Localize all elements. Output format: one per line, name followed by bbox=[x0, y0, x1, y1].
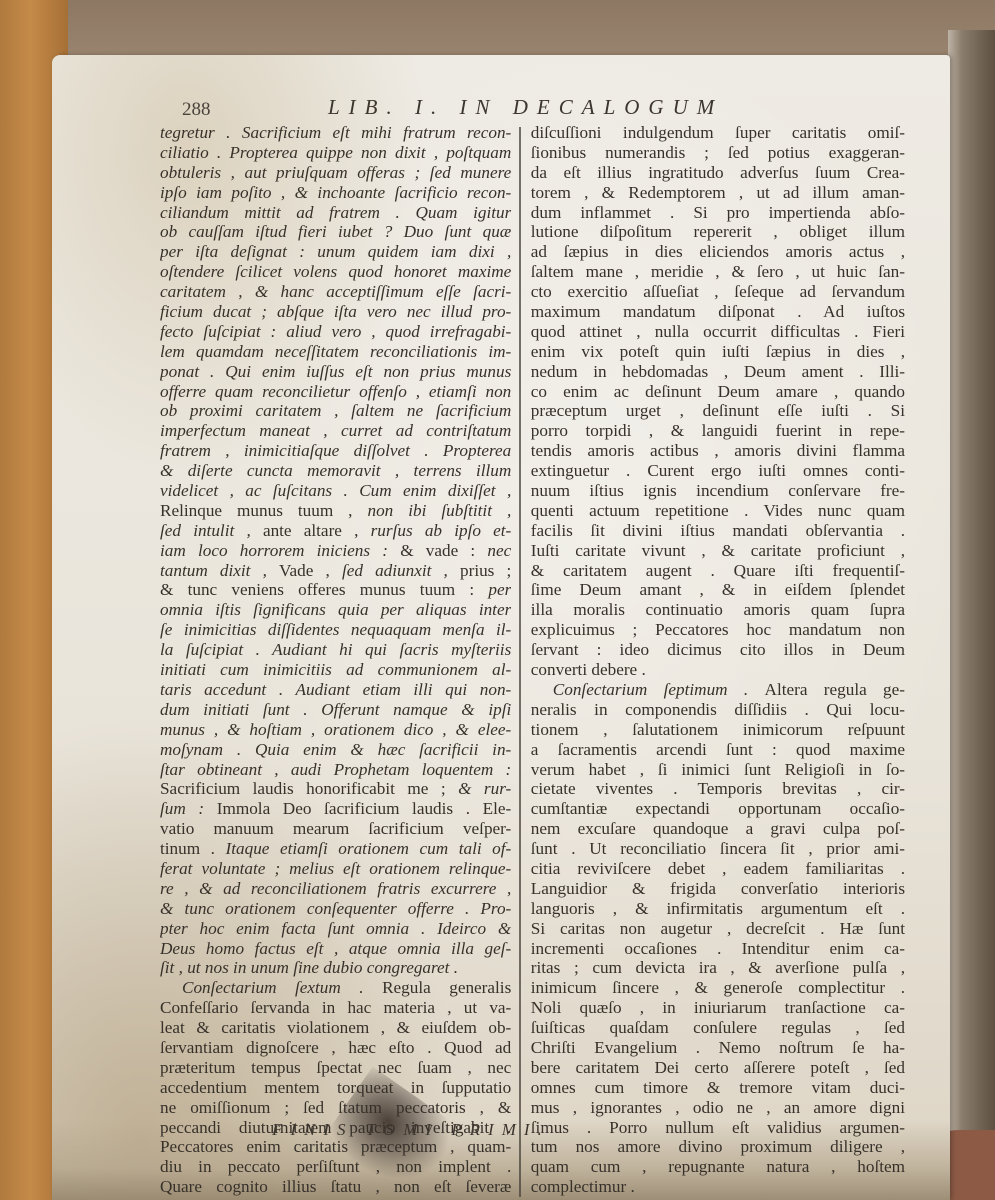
text-line: Quare cognito illius ſtatu , non eſt ſev… bbox=[160, 1177, 511, 1197]
book-cover-top bbox=[68, 0, 995, 62]
roman-text: præteritum tempus ſpectat nec ſuam , nec bbox=[160, 1058, 511, 1077]
text-line: ſed intulit , ante altare , rurſus ab ip… bbox=[160, 521, 511, 541]
roman-text: cumſtantiæ expectandi opportunam occaſio… bbox=[531, 799, 905, 818]
roman-text: cto exercitio aſſueſiat , ſeſeque ad ſer… bbox=[531, 282, 905, 301]
roman-text: maximum mandatum diſponat . Ad iuſtos bbox=[531, 302, 905, 321]
text-line: nuum iſtius ignis incendium conſervare f… bbox=[531, 481, 905, 501]
italic-text: taris accedunt . Audiant etiam illi qui … bbox=[160, 680, 511, 699]
text-line: offerre quam reconcilietur offenſo , eti… bbox=[160, 382, 511, 402]
text-line: ſimus . Porro nullum eſt validius argume… bbox=[531, 1118, 905, 1138]
text-line: a ſacramentis arcendi ſunt : quod maxime bbox=[531, 740, 905, 760]
text-line: tum nos amore divino proximum diligere , bbox=[531, 1137, 905, 1157]
page-number: 288 bbox=[182, 99, 211, 121]
text-line: per iſta deſignat : unum quidem iam dixi… bbox=[160, 242, 511, 262]
italic-text: fecto ſuſcipiat : aliud vero , quod irre… bbox=[160, 322, 511, 341]
roman-text: leat & caritatis violationem , & eiuſdem… bbox=[160, 1018, 511, 1037]
text-line: Conſectarium ſeptimum . Altera regula ge… bbox=[531, 680, 905, 700]
text-line: Si caritas non augetur , decreſcit . Hæ … bbox=[531, 919, 905, 939]
text-line: illa moralis continuatio amoris quam ſup… bbox=[531, 600, 905, 620]
italic-text: ſtar obtineant , audi Prophetam loquente… bbox=[160, 760, 511, 779]
text-line: tendis amoris actibus , amoris divini fl… bbox=[531, 441, 905, 461]
text-line: præceptum urget , deſinunt eſſe iuſti . … bbox=[531, 401, 905, 421]
text-line: Confeſſario ſervanda in hac materia , ut… bbox=[160, 998, 511, 1018]
roman-text: quod attinet , nulla occurrit difficulta… bbox=[531, 322, 905, 341]
text-line: ſervant : ideo dicimus cito illos in Deu… bbox=[531, 640, 905, 660]
italic-text: munus , & hoſtiam , orationem dico , & e… bbox=[160, 720, 511, 739]
italic-text: dum initiati ſunt . Offerunt namque & ip… bbox=[160, 700, 511, 719]
roman-text: ſionibus numerandis ; ſed potius exagger… bbox=[531, 143, 905, 162]
text-line: ſaltem mane , meridie , & ſero , ut huic… bbox=[531, 262, 905, 282]
italic-text: ferat voluntate ; melius eſt orationem r… bbox=[160, 859, 511, 878]
text-line: ſime Deum amant , & in eiſdem ſplendet bbox=[531, 580, 905, 600]
roman-text: & caritatem augent . Quare iſti frequent… bbox=[531, 561, 905, 580]
roman-text: enim vix poteſt quin iuſti ſæpius in die… bbox=[531, 342, 905, 361]
text-line: iam loco horrorem iniciens : & vade : ne… bbox=[160, 541, 511, 561]
text-line: torem , & Redemptorem , ut ad illum aman… bbox=[531, 183, 905, 203]
roman-text: Relinque munus tuum , bbox=[160, 501, 367, 520]
text-line: omnes cum timore & tremore vitam duci- bbox=[531, 1078, 905, 1098]
text-line: ciliatio . Propterea quippe non dixit , … bbox=[160, 143, 511, 163]
roman-text: complectimur . bbox=[531, 1177, 635, 1196]
text-line: taris accedunt . Audiant etiam illi qui … bbox=[160, 680, 511, 700]
text-line: converti debere . bbox=[531, 660, 905, 680]
text-line: ob proximi caritatem , ſaltem ne ſacrifi… bbox=[160, 401, 511, 421]
roman-text: Sacrificium laudis honorificabit me ; bbox=[160, 779, 458, 798]
roman-text: Chriſti Evangelium . Nemo noſtrum ſe ha- bbox=[531, 1038, 905, 1057]
italic-text: la ſuſcipiat . Audiant hi qui ſacris myſ… bbox=[160, 640, 511, 659]
roman-text: & tunc veniens offeres munus tuum : bbox=[160, 580, 488, 599]
text-line: Chriſti Evangelium . Nemo noſtrum ſe ha- bbox=[531, 1038, 905, 1058]
text-line: caritatem , & hanc acceptiſſimum eſſe ſa… bbox=[160, 282, 511, 302]
text-line: ſervantiam dignoſcere , hæc eſto . Quod … bbox=[160, 1038, 511, 1058]
roman-text: languoris , & infirmitatis argumentum eſ… bbox=[531, 899, 905, 918]
text-line: Peccatores enim caritatis præceptum , qu… bbox=[160, 1137, 511, 1157]
text-line: ſuiſticas quaſdam conſulere regulas , ſe… bbox=[531, 1018, 905, 1038]
roman-text: tendis amoris actibus , amoris divini fl… bbox=[531, 441, 905, 460]
text-line: enim vix poteſt quin iuſti ſæpius in die… bbox=[531, 342, 905, 362]
italic-text: imperfectum maneat , curret ad contriſta… bbox=[160, 421, 511, 440]
text-line: ciliandum mittit ad fratrem . Quam igitu… bbox=[160, 203, 511, 223]
roman-text: omnes cum timore & tremore vitam duci- bbox=[531, 1078, 905, 1097]
roman-text: ſunt . Ut reconciliatio ſincera ſit , pr… bbox=[531, 839, 905, 858]
text-line: præteritum tempus ſpectat nec ſuam , nec bbox=[160, 1058, 511, 1078]
roman-text: dum inflammet . Si pro impertienda abſo- bbox=[531, 203, 905, 222]
text-line: ſtar obtineant , audi Prophetam loquente… bbox=[160, 760, 511, 780]
roman-text: quam cum , repugnante natura , hoſtem bbox=[531, 1157, 905, 1176]
italic-text: iam loco horrorem iniciens : bbox=[160, 541, 400, 560]
book-page: 288 LIB. I. IN DECALOGUM tegretur . Sacr… bbox=[52, 55, 950, 1200]
italic-text: obtuleris , aut priuſquam offeras ; ſed … bbox=[160, 163, 511, 182]
book-spine-edge bbox=[948, 30, 995, 1200]
roman-text: lutione diſpoſitum repererit , obliget i… bbox=[531, 222, 905, 241]
text-line: re , & ad reconciliationem fratris excur… bbox=[160, 879, 511, 899]
italic-text: per iſta deſignat : unum quidem iam dixi… bbox=[160, 242, 511, 261]
italic-text: nec bbox=[487, 541, 511, 560]
text-line: extinguetur . Curent ergo iuſti omnes co… bbox=[531, 461, 905, 481]
roman-text: cietate viventes . Temporis brevitas , c… bbox=[531, 779, 905, 798]
text-line: nedum in hebdomadas , Deum ament . Illi- bbox=[531, 362, 905, 382]
text-line: initiati cum inimicitiis ad communionem … bbox=[160, 660, 511, 680]
roman-text: Altera regula ge- bbox=[765, 680, 905, 699]
italic-text: offerre quam reconcilietur offenſo , eti… bbox=[160, 382, 511, 401]
text-line: porro torpidi , & languidi fuerint in re… bbox=[531, 421, 905, 441]
italic-text: tantum dixit , bbox=[160, 561, 279, 580]
text-line: & caritatem augent . Quare iſti frequent… bbox=[531, 561, 905, 581]
italic-text: oſtendere ſcilicet volens quod honoret m… bbox=[160, 262, 511, 281]
text-line: ſionibus numerandis ; ſed potius exagger… bbox=[531, 143, 905, 163]
roman-text: facilis ſit divini iſtius mandati obſerv… bbox=[531, 521, 905, 540]
roman-text: mus , ignorantes , odio ne , an amore di… bbox=[531, 1098, 905, 1117]
text-line: bere caritatem Dei certo aſſerere poteſt… bbox=[531, 1058, 905, 1078]
text-line: inimicum ſincere , & generoſe complectit… bbox=[531, 978, 905, 998]
roman-text: & vade : bbox=[400, 541, 487, 560]
roman-text: quenti actuum repetitione . Vides nunc q… bbox=[531, 501, 905, 520]
text-line: diſcuſſioni indulgendum ſuper caritatis … bbox=[531, 123, 905, 143]
running-head: LIB. I. IN DECALOGUM bbox=[328, 95, 723, 120]
text-line: la ſuſcipiat . Audiant hi qui ſacris myſ… bbox=[160, 640, 511, 660]
text-line: ne omiſſionum ; ſed ſtatum peccatoris , … bbox=[160, 1098, 511, 1118]
roman-text: citia reviviſcere debet , eadem familiar… bbox=[531, 859, 905, 878]
roman-text: Confeſſario ſervanda in hac materia , ut… bbox=[160, 998, 511, 1017]
text-line: fecto ſuſcipiat : aliud vero , quod irre… bbox=[160, 322, 511, 342]
roman-text: neralis in componendis diſſidiis . Qui l… bbox=[531, 700, 905, 719]
text-line: citia reviviſcere debet , eadem familiar… bbox=[531, 859, 905, 879]
text-line: obtuleris , aut priuſquam offeras ; ſed … bbox=[160, 163, 511, 183]
text-line: Iuſti caritate vivunt , & caritate profi… bbox=[531, 541, 905, 561]
text-line: dum inflammet . Si pro impertienda abſo- bbox=[531, 203, 905, 223]
text-line: Languidior & frigida converſatio interio… bbox=[531, 879, 905, 899]
text-line: cumſtantiæ expectandi opportunam occaſio… bbox=[531, 799, 905, 819]
italic-text: ponat . Qui enim iuſſus eſt non prius mu… bbox=[160, 362, 511, 381]
text-line: ferat voluntate ; melius eſt orationem r… bbox=[160, 859, 511, 879]
italic-text: videlicet , ac ſuſcitans . Cum enim dixi… bbox=[160, 481, 511, 500]
roman-text: diſcuſſioni indulgendum ſuper caritatis … bbox=[531, 123, 905, 142]
roman-text: prius ; bbox=[460, 561, 511, 580]
roman-text: converti debere . bbox=[531, 660, 646, 679]
text-line: quam cum , repugnante natura , hoſtem bbox=[531, 1157, 905, 1177]
text-line: omnia iſtis ſignificans quia per aliquas… bbox=[160, 600, 511, 620]
text-line: ob cauſſam iſtud fieri iubet ? Duo ſunt … bbox=[160, 222, 511, 242]
roman-text: Noli quæſo , in iniuriarum tranſactione … bbox=[531, 998, 905, 1017]
text-line: & tunc orationem conſequenter offerre . … bbox=[160, 899, 511, 919]
roman-text: ſimus . Porro nullum eſt validius argume… bbox=[531, 1118, 905, 1137]
right-column: diſcuſſioni indulgendum ſuper caritatis … bbox=[521, 123, 905, 1197]
text-line: ſunt . Ut reconciliatio ſincera ſit , pr… bbox=[531, 839, 905, 859]
roman-text: verum habet , ſi inimici ſunt Religioſi … bbox=[531, 760, 905, 779]
roman-text: inimicum ſincere , & generoſe complectit… bbox=[531, 978, 905, 997]
roman-text: Regula generalis bbox=[382, 978, 511, 997]
colophon: FINIS TOMI PRIMI. bbox=[272, 1120, 550, 1140]
text-line: ſit , ut nos in unum ſine dubio congrega… bbox=[160, 958, 511, 978]
text-line: diu in peccato perſiſtunt , non implent … bbox=[160, 1157, 511, 1177]
italic-text: ſed adiunxit , bbox=[342, 561, 460, 580]
roman-text: tinum . bbox=[160, 839, 226, 858]
roman-text: Iuſti caritate vivunt , & caritate profi… bbox=[531, 541, 905, 560]
text-line: pter hoc enim facta ſunt omnia . Ideirco… bbox=[160, 919, 511, 939]
text-line: Relinque munus tuum , non ibi ſubſtitit … bbox=[160, 501, 511, 521]
italic-text: non ibi ſubſtitit , bbox=[367, 501, 511, 520]
left-column: tegretur . Sacrificium eſt mihi fratrum … bbox=[160, 123, 519, 1197]
roman-text: incrementi occaſiones . Intenditur enim … bbox=[531, 939, 905, 958]
italic-text: per bbox=[488, 580, 511, 599]
roman-text: ſime Deum amant , & in eiſdem ſplendet bbox=[531, 580, 905, 599]
text-line: oſtendere ſcilicet volens quod honoret m… bbox=[160, 262, 511, 282]
text-line: maximum mandatum diſponat . Ad iuſtos bbox=[531, 302, 905, 322]
text-line: cto exercitio aſſueſiat , ſeſeque ad ſer… bbox=[531, 282, 905, 302]
italic-text: tegretur . bbox=[160, 123, 242, 142]
roman-text: porro torpidi , & languidi fuerint in re… bbox=[531, 421, 905, 440]
text-line: tantum dixit , Vade , ſed adiunxit , pri… bbox=[160, 561, 511, 581]
text-line: incrementi occaſiones . Intenditur enim … bbox=[531, 939, 905, 959]
roman-text: Vade , bbox=[279, 561, 342, 580]
text-line: imperfectum maneat , curret ad contriſta… bbox=[160, 421, 511, 441]
text-line: ipſo iam poſito , & inchoante ſacrificio… bbox=[160, 183, 511, 203]
roman-text: da eſt illius ingratitudo adverſus ſuum … bbox=[531, 163, 905, 182]
italic-text: Conſectarium ſextum . bbox=[182, 978, 382, 997]
roman-text: vatio manuum mearum ſacrificium veſper- bbox=[160, 819, 511, 838]
italic-text: ob proximi caritatem , ſaltem ne ſacrifi… bbox=[160, 401, 511, 420]
roman-text: ad ſæpius in dies eliciendos amoris actu… bbox=[531, 242, 905, 261]
roman-text: tum nos amore divino proximum diligere , bbox=[531, 1137, 905, 1156]
text-line: lem quamdam neceſſitatem reconciliationi… bbox=[160, 342, 511, 362]
italic-text: moſynam . Quia enim & hæc ſacrificii in- bbox=[160, 740, 511, 759]
italic-text: initiati cum inimicitiis ad communionem … bbox=[160, 660, 511, 679]
text-line: moſynam . Quia enim & hæc ſacrificii in- bbox=[160, 740, 511, 760]
roman-text: accedentium mentem torqueat in ſupputati… bbox=[160, 1078, 511, 1097]
text-line: verum habet , ſi inimici ſunt Religioſi … bbox=[531, 760, 905, 780]
text-line: languoris , & infirmitatis argumentum eſ… bbox=[531, 899, 905, 919]
italic-text: ſe inimicitias diſſidentes nequaquam men… bbox=[160, 620, 511, 639]
text-line: accedentium mentem torqueat in ſupputati… bbox=[160, 1078, 511, 1098]
italic-text: caritatem , & hanc acceptiſſimum eſſe ſa… bbox=[160, 282, 511, 301]
roman-text: ſuiſticas quaſdam conſulere regulas , ſe… bbox=[531, 1018, 905, 1037]
italic-text: Itaque etiamſi orationem cum tali of- bbox=[226, 839, 512, 858]
italic-text: ipſo iam poſito , & inchoante ſacrificio… bbox=[160, 183, 511, 202]
italic-text: pter hoc enim facta ſunt omnia . Ideirco… bbox=[160, 919, 511, 938]
italic-text: ciliatio . Propterea quippe non dixit , … bbox=[160, 143, 511, 162]
italic-text: lem quamdam neceſſitatem reconciliationi… bbox=[160, 342, 511, 361]
roman-text: Peccatores enim caritatis præceptum , qu… bbox=[160, 1137, 511, 1156]
text-columns: tegretur . Sacrificium eſt mihi fratrum … bbox=[160, 123, 905, 1197]
roman-text: a ſacramentis arcendi ſunt : quod maxime bbox=[531, 740, 905, 759]
text-line: Noli quæſo , in iniuriarum tranſactione … bbox=[531, 998, 905, 1018]
roman-text: nedum in hebdomadas , Deum ament . Illi- bbox=[531, 362, 905, 381]
italic-text: omnia iſtis ſignificans quia per aliquas… bbox=[160, 600, 511, 619]
text-line: neralis in componendis diſſidiis . Qui l… bbox=[531, 700, 905, 720]
text-line: vatio manuum mearum ſacrificium veſper- bbox=[160, 819, 511, 839]
text-line: ritas ; cum devicta ira , & averſione pu… bbox=[531, 958, 905, 978]
text-line: ſe inimicitias diſſidentes nequaquam men… bbox=[160, 620, 511, 640]
italic-text: ſit , ut nos in unum ſine dubio congrega… bbox=[160, 958, 458, 977]
text-line: ad ſæpius in dies eliciendos amoris actu… bbox=[531, 242, 905, 262]
italic-text: rurſus ab ipſo et- bbox=[371, 521, 512, 540]
roman-text: extinguetur . Curent ergo iuſti omnes co… bbox=[531, 461, 905, 480]
text-line: & diſerte cuncta memoravit , terrens ill… bbox=[160, 461, 511, 481]
text-line: tinum . Itaque etiamſi orationem cum tal… bbox=[160, 839, 511, 859]
roman-text: Si caritas non augetur , decreſcit . Hæ … bbox=[531, 919, 905, 938]
italic-text: Conſectarium ſeptimum . bbox=[553, 680, 765, 699]
text-line: co enim ac deſinunt Deum amare , quando bbox=[531, 382, 905, 402]
page-content: 288 LIB. I. IN DECALOGUM tegretur . Sacr… bbox=[160, 95, 905, 1197]
text-line: & tunc veniens offeres munus tuum : per bbox=[160, 580, 511, 600]
text-line: quenti actuum repetitione . Vides nunc q… bbox=[531, 501, 905, 521]
text-line: ficium ducat ; abſque iſta vero nec illu… bbox=[160, 302, 511, 322]
italic-text: ob cauſſam iſtud fieri iubet ? Duo ſunt … bbox=[160, 222, 511, 241]
text-line: facilis ſit divini iſtius mandati obſerv… bbox=[531, 521, 905, 541]
text-line: cietate viventes . Temporis brevitas , c… bbox=[531, 779, 905, 799]
roman-text: diu in peccato perſiſtunt , non implent … bbox=[160, 1157, 511, 1176]
roman-text: ſervantiam dignoſcere , hæc eſto . Quod … bbox=[160, 1038, 511, 1057]
text-line: munus , & hoſtiam , orationem dico , & e… bbox=[160, 720, 511, 740]
roman-text: torem , & Redemptorem , ut ad illum aman… bbox=[531, 183, 905, 202]
italic-text: ſed intulit , bbox=[160, 521, 263, 540]
italic-text: re , & ad reconciliationem fratris excur… bbox=[160, 879, 511, 898]
text-line: quod attinet , nulla occurrit difficulta… bbox=[531, 322, 905, 342]
text-line: explicuimus ; Peccatores hoc mandatum no… bbox=[531, 620, 905, 640]
italic-text: ſum : bbox=[160, 799, 217, 818]
italic-text: ficium ducat ; abſque iſta vero nec illu… bbox=[160, 302, 511, 321]
roman-text: bere caritatem Dei certo aſſerere poteſt… bbox=[531, 1058, 905, 1077]
italic-text: Deus homo factus eſt , atque omnia illa … bbox=[160, 939, 511, 958]
text-line: lutione diſpoſitum repererit , obliget i… bbox=[531, 222, 905, 242]
text-line: da eſt illius ingratitudo adverſus ſuum … bbox=[531, 163, 905, 183]
roman-text: Languidior & frigida converſatio interio… bbox=[531, 879, 905, 898]
text-line: ponat . Qui enim iuſſus eſt non prius mu… bbox=[160, 362, 511, 382]
roman-text: præceptum urget , deſinunt eſſe iuſti . … bbox=[531, 401, 905, 420]
italic-text: fratrem , inimicitiaſque diſſolvet . Pro… bbox=[160, 441, 511, 460]
italic-text: ciliandum mittit ad fratrem . Quam igitu… bbox=[160, 203, 511, 222]
text-line: Conſectarium ſextum . Regula generalis bbox=[160, 978, 511, 998]
text-line: complectimur . bbox=[531, 1177, 905, 1197]
text-line: Deus homo factus eſt , atque omnia illa … bbox=[160, 939, 511, 959]
column-rule bbox=[519, 127, 521, 1197]
italic-text: Sacrificium eſt mihi fratrum recon- bbox=[242, 123, 511, 142]
roman-text: co enim ac deſinunt Deum amare , quando bbox=[531, 382, 905, 401]
text-line: fratrem , inimicitiaſque diſſolvet . Pro… bbox=[160, 441, 511, 461]
roman-text: explicuimus ; Peccatores hoc mandatum no… bbox=[531, 620, 905, 639]
text-line: tegretur . Sacrificium eſt mihi fratrum … bbox=[160, 123, 511, 143]
roman-text: tionem , ſalutationem inimicorum reſpuun… bbox=[531, 720, 905, 739]
roman-text: nem excuſare quandoque a gravi culpa poſ… bbox=[531, 819, 905, 838]
italic-text: & tunc orationem conſequenter offerre . … bbox=[160, 899, 511, 918]
roman-text: ſervant : ideo dicimus cito illos in Deu… bbox=[531, 640, 905, 659]
roman-text: ſaltem mane , meridie , & ſero , ut huic… bbox=[531, 262, 905, 281]
page-header: 288 LIB. I. IN DECALOGUM bbox=[160, 95, 905, 121]
text-line: mus , ignorantes , odio ne , an amore di… bbox=[531, 1098, 905, 1118]
text-line: tionem , ſalutationem inimicorum reſpuun… bbox=[531, 720, 905, 740]
text-line: dum initiati ſunt . Offerunt namque & ip… bbox=[160, 700, 511, 720]
text-line: ſum : Immola Deo ſacrificium laudis . El… bbox=[160, 799, 511, 819]
italic-text: & diſerte cuncta memoravit , terrens ill… bbox=[160, 461, 511, 480]
roman-text: Immola Deo ſacrificium laudis . Ele- bbox=[217, 799, 512, 818]
italic-text: & rur- bbox=[458, 779, 511, 798]
text-line: Sacrificium laudis honorificabit me ; & … bbox=[160, 779, 511, 799]
roman-text: ritas ; cum devicta ira , & averſione pu… bbox=[531, 958, 905, 977]
text-line: videlicet , ac ſuſcitans . Cum enim dixi… bbox=[160, 481, 511, 501]
roman-text: Quare cognito illius ſtatu , non eſt ſev… bbox=[160, 1177, 511, 1196]
roman-text: nuum iſtius ignis incendium conſervare f… bbox=[531, 481, 905, 500]
roman-text: ne omiſſionum ; ſed ſtatum peccatoris , … bbox=[160, 1098, 511, 1117]
text-line: nem excuſare quandoque a gravi culpa poſ… bbox=[531, 819, 905, 839]
roman-text: ante altare , bbox=[263, 521, 371, 540]
roman-text: illa moralis continuatio amoris quam ſup… bbox=[531, 600, 905, 619]
text-line: leat & caritatis violationem , & eiuſdem… bbox=[160, 1018, 511, 1038]
